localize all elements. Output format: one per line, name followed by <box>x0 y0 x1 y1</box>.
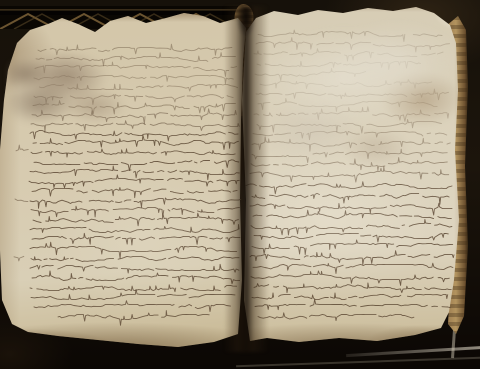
manuscript-right-page <box>240 2 472 348</box>
stand-corner-reflection <box>451 330 456 358</box>
grille-bar <box>0 11 242 15</box>
grille-top-edge <box>0 9 242 11</box>
manuscript-left-page <box>0 12 250 350</box>
stand-lower-reflection <box>236 357 480 368</box>
manuscript-photo <box>0 0 480 369</box>
stand-edge-reflection <box>346 346 480 357</box>
